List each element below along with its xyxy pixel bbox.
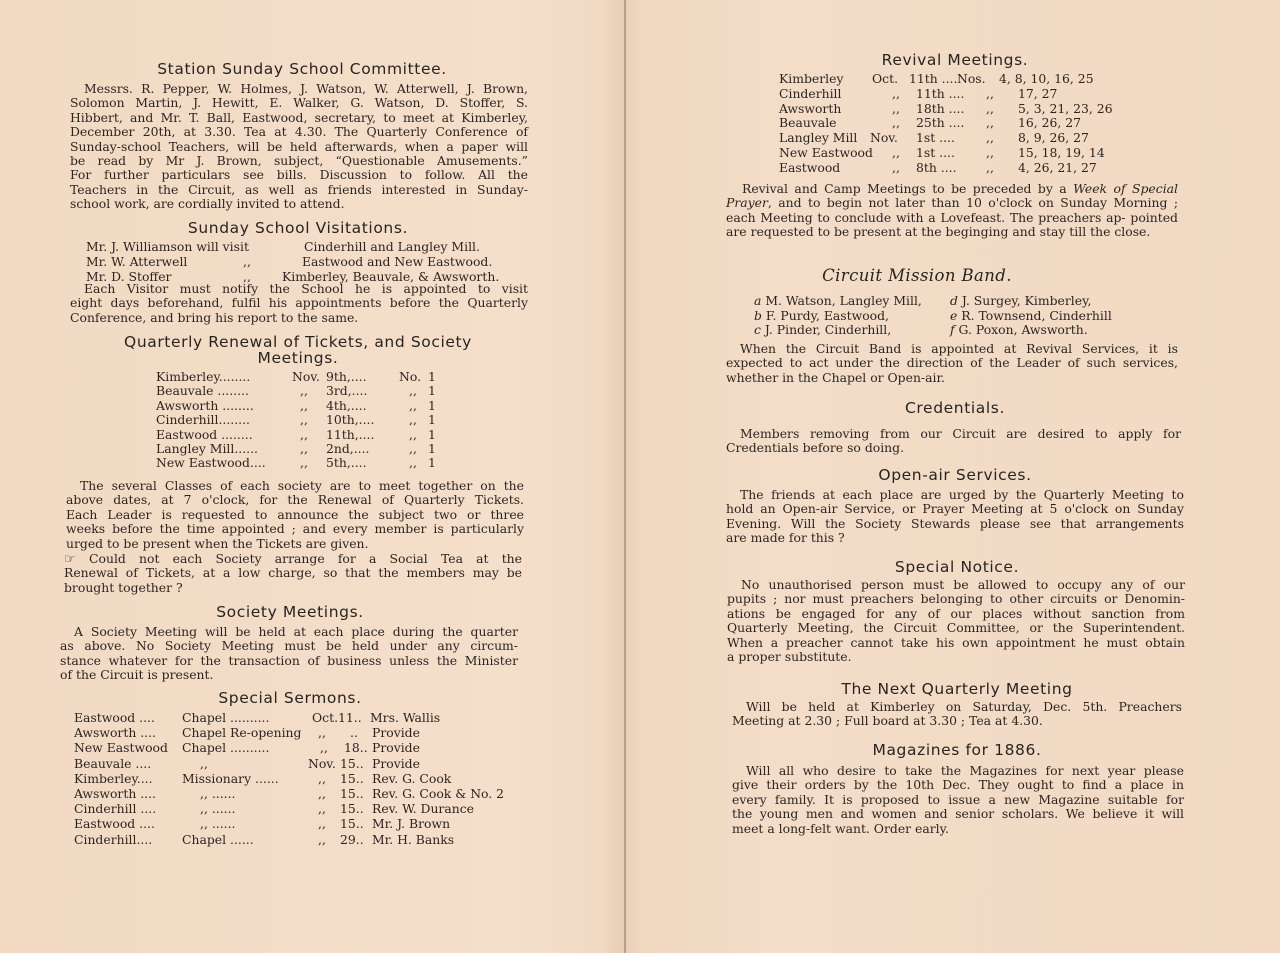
cell-place: Beauvale ........ (156, 384, 249, 399)
text-line: Will all who desire to take the Magazine… (732, 764, 1184, 778)
text-line: ations be engaged for any of our places … (727, 607, 1185, 621)
cell-no-label: ,, (409, 456, 417, 471)
cell-no-label: ,, (409, 399, 417, 414)
cell-no: 1 (428, 442, 436, 457)
special-notice-text: No unauthorised person must be allowed t… (727, 578, 1185, 664)
cell-month: Nov. (292, 370, 320, 385)
cell-preacher: Rev. G. Cook & No. 2 (372, 787, 504, 802)
cell-date: 18.. (344, 741, 368, 756)
text-line: Credentials before so doing. (726, 441, 1181, 455)
band-member: b F. Purdy, Eastwood, (754, 309, 889, 324)
cell-preacher: Mr. H. Banks (372, 833, 454, 848)
cell-place: Beauvale (779, 116, 837, 131)
station-committee-text: Messrs. R. Pepper, W. Holmes, J. Watson,… (70, 82, 528, 212)
cell-month: ,, (318, 787, 326, 802)
text-line: a proper substitute. (727, 650, 1185, 664)
band-member-letter: f (950, 322, 959, 337)
cell-month: ,, (892, 87, 900, 102)
left-page: Station Sunday School Committee. Messrs.… (0, 0, 624, 957)
cell-place: Cinderhill.... (74, 833, 152, 848)
revival-text: Revival and Camp Meetings to be preceded… (726, 182, 1178, 240)
cell-place: Kimberley (779, 72, 843, 87)
text-line: of the Circuit is present. (60, 668, 518, 682)
cell-month: ,, (300, 399, 308, 414)
cell-month: ,, (300, 413, 308, 428)
cell-nos-label: ,, (986, 87, 994, 102)
cell-occasion: Chapel ...... (182, 833, 254, 848)
cell-preacher: Mr. J. Brown (372, 817, 450, 832)
cell-place: Awsworth (779, 102, 841, 117)
cell-date: 15.. (340, 787, 364, 802)
cell-date: 5th,.... (326, 456, 367, 471)
cell-place: Awsworth ........ (156, 399, 254, 414)
cell-month: ,, (300, 428, 308, 443)
open-air-text: The friends at each place are urged by t… (726, 488, 1184, 546)
band-member-letter: e (950, 308, 961, 323)
heading-special-notice: Special Notice. (626, 558, 1280, 576)
cell-month: ,, (318, 833, 326, 848)
cell-date: 18th .... (916, 102, 964, 117)
text-line: Hibbert, and Mr. T. Ball, Eastwood, secr… (70, 111, 528, 125)
heading-mission-band: Circuit Mission Band. (626, 266, 1208, 285)
cell-month: ,, (318, 817, 326, 832)
text-line: school work, are cordially invited to at… (70, 197, 528, 211)
cell-place: Cinderhill........ (156, 413, 250, 428)
cell-no: 1 (428, 384, 436, 399)
cell-place: Eastwood (779, 161, 840, 176)
cell-place: Eastwood .... (74, 711, 155, 726)
cell-nos: 8, 9, 26, 27 (1018, 131, 1089, 146)
cell-no-label: No. (399, 370, 421, 385)
band-member: a M. Watson, Langley Mill, (754, 294, 922, 309)
band-member-letter: d (950, 293, 962, 308)
text-line: The friends at each place are urged by t… (726, 488, 1184, 502)
cell-preacher: Provide (372, 757, 420, 772)
cell-month: ,, (892, 102, 900, 117)
text-line: Evening. Will the Society Stewards pleas… (726, 517, 1184, 531)
cell-occasion: Chapel .......... (182, 741, 269, 756)
text-line: Sunday-school Teachers, will be held aft… (70, 140, 528, 154)
cell-nos: 5, 3, 21, 23, 26 (1018, 102, 1113, 117)
cell-place: Eastwood ........ (156, 428, 253, 443)
text-line: Each Visitor must notify the School he i… (70, 282, 528, 296)
heading-next-meeting: The Next Quarterly Meeting (626, 680, 1280, 698)
cell-nos: 16, 26, 27 (1018, 116, 1081, 131)
renewal-text: The several Classes of each society are … (66, 479, 524, 551)
band-member-letter: c (754, 322, 765, 337)
heading-visitations: Sunday School Visitations. (0, 219, 596, 237)
social-tea-text: ☞ Could not each Society arrange for a S… (64, 552, 522, 595)
cell-month: Nov. (870, 131, 898, 146)
cell-name: Mr. W. Atterwell (86, 255, 187, 270)
text-line: Renewal of Tickets, at a low charge, so … (64, 566, 522, 580)
text-line: The several Classes of each society are … (66, 479, 524, 493)
magazines-text: Will all who desire to take the Magazine… (732, 764, 1184, 836)
right-page: Revival Meetings. KimberleyOct.11th ....… (626, 0, 1280, 957)
cell-date: 15.. (340, 772, 364, 787)
cell-nos-label: Nos. (957, 72, 986, 87)
cell-date: 3rd,.... (326, 384, 367, 399)
band-member: e R. Townsend, Cinderhill (950, 309, 1112, 324)
text-line: Teachers in the Circuit, as well as frie… (70, 183, 528, 197)
cell-place: Awsworth .... (74, 787, 156, 802)
cell-no: 1 (428, 413, 436, 428)
cell-date: 11th .... (909, 72, 957, 87)
text-line: Messrs. R. Pepper, W. Holmes, J. Watson,… (70, 82, 528, 96)
text-line: expected to act under the direction of t… (726, 356, 1178, 370)
cell-place: New Eastwood (74, 741, 168, 756)
text-line: Solomon Martin, J. Hewitt, E. Walker, G.… (70, 96, 528, 110)
cell-place: Kimberley.... (74, 772, 153, 787)
text-line: Members removing from our Circuit are de… (726, 427, 1181, 441)
text-line: No unauthorised person must be allowed t… (727, 578, 1185, 592)
cell-occasion: ,, (200, 757, 208, 772)
cell-no-label: ,, (409, 442, 417, 457)
cell-place: New Eastwood (779, 146, 873, 161)
text-line: urged to be present when the Tickets are… (66, 537, 524, 551)
cell-places: Cinderhill and Langley Mill. (304, 240, 480, 255)
text-line: give their orders by the 10th Dec. They … (732, 778, 1184, 792)
cell-month: Oct. (312, 711, 338, 726)
heading-revival-meetings: Revival Meetings. (626, 51, 1280, 69)
cell-month: Oct. (872, 72, 898, 87)
cell-month: ,, (300, 384, 308, 399)
cell-preacher: Rev. W. Durance (372, 802, 474, 817)
next-meeting-text: Will be held at Kimberley on Saturday, D… (732, 700, 1182, 729)
cell-place: Awsworth .... (74, 726, 156, 741)
band-member: d J. Surgey, Kimberley, (950, 294, 1091, 309)
text-line: brought together ? (64, 581, 522, 595)
heading-station-committee: Station Sunday School Committee. (0, 60, 604, 78)
text-line: ☞ Could not each Society arrange for a S… (64, 552, 522, 566)
cell-place: Langley Mill...... (156, 442, 258, 457)
cell-place: Cinderhill .... (74, 802, 156, 817)
cell-date: 1st .... (916, 146, 955, 161)
band-member: f G. Poxon, Awsworth. (950, 323, 1088, 338)
text-line: A Society Meeting will be held at each p… (60, 625, 518, 639)
cell-nos-label: ,, (986, 102, 994, 117)
cell-no: 1 (428, 428, 436, 443)
cell-place: New Eastwood.... (156, 456, 266, 471)
cell-date: 1st .... (916, 131, 955, 146)
text-line: Each Leader is requested to announce the… (66, 508, 524, 522)
band-member-letter: b (754, 308, 766, 323)
cell-nos: 17, 27 (1018, 87, 1057, 102)
cell-place: Cinderhill (779, 87, 841, 102)
cell-occasion: Missionary ...... (182, 772, 279, 787)
cell-no: 1 (428, 399, 436, 414)
band-member-letter: a (754, 293, 765, 308)
text-line: For further particulars see bills. Discu… (70, 168, 528, 182)
cell-no-label: ,, (409, 384, 417, 399)
cell-date: 11.. (338, 711, 362, 726)
cell-date: 11th,.... (326, 428, 374, 443)
cell-preacher: Provide (372, 726, 420, 741)
cell-place: Langley Mill (779, 131, 857, 146)
cell-date: 8th .... (916, 161, 957, 176)
cell-occasion: ,, ...... (200, 787, 235, 802)
cell-nos: 15, 18, 19, 14 (1018, 146, 1105, 161)
cell-ditto: ,, (243, 255, 251, 270)
cell-date: 9th,.... (326, 370, 367, 385)
text-line: as above. No Society Meeting must be hel… (60, 639, 518, 653)
cell-place: Kimberley........ (156, 370, 250, 385)
cell-nos: 4, 8, 10, 16, 25 (999, 72, 1094, 87)
cell-nos-label: ,, (986, 161, 994, 176)
cell-month: ,, (892, 146, 900, 161)
cell-place: Beauvale .... (74, 757, 151, 772)
text-line: above dates, at 7 o'clock, for the Renew… (66, 493, 524, 507)
heading-credentials: Credentials. (626, 399, 1280, 417)
cell-no: 1 (428, 370, 436, 385)
text-line: every family. It is proposed to issue a … (732, 793, 1184, 807)
cell-date: 29.. (340, 833, 364, 848)
text-line: meet a long-felt want. Order early. (732, 822, 1184, 836)
cell-month: ,, (892, 161, 900, 176)
text-line: be read by Mr J. Brown, subject, “Questi… (70, 154, 528, 168)
cell-date: 15.. (340, 802, 364, 817)
text-line: When a preacher cannot take his own appo… (727, 636, 1185, 650)
cell-month: ,, (300, 456, 308, 471)
cell-nos: 4, 26, 21, 27 (1018, 161, 1097, 176)
cell-no: 1 (428, 456, 436, 471)
cell-occasion: Chapel .......... (182, 711, 269, 726)
cell-month: ,, (300, 442, 308, 457)
cell-month: ,, (318, 802, 326, 817)
cell-month: ,, (318, 726, 326, 741)
cell-date: 15.. (340, 757, 364, 772)
heading-magazines: Magazines for 1886. (626, 741, 1280, 759)
text-line: the young men and women and senior schol… (732, 807, 1184, 821)
cell-month: ,, (318, 772, 326, 787)
cell-no-label: ,, (409, 413, 417, 428)
band-member: c J. Pinder, Cinderhill, (754, 323, 891, 338)
cell-preacher: Mrs. Wallis (370, 711, 440, 726)
cell-occasion: ,, ...... (200, 802, 235, 817)
mission-band-text: When the Circuit Band is appointed at Re… (726, 342, 1178, 385)
text-line: December 20th, at 3.30. Tea at 4.30. The… (70, 125, 528, 139)
visitations-text: Each Visitor must notify the School he i… (70, 282, 528, 325)
text-line: stance whatever for the transaction of b… (60, 654, 518, 668)
cell-month: ,, (892, 116, 900, 131)
cell-date: 4th,.... (326, 399, 367, 414)
text-line: Quarterly Meeting, the Circuit Committee… (727, 621, 1185, 635)
heading-special-sermons: Special Sermons. (0, 689, 580, 707)
cell-nos-label: ,, (986, 146, 994, 161)
cell-date: 10th,.... (326, 413, 374, 428)
cell-occasion: ,, ...... (200, 817, 235, 832)
cell-date: 2nd,.... (326, 442, 370, 457)
heading-society-meetings: Society Meetings. (0, 603, 580, 621)
heading-open-air: Open-air Services. (626, 466, 1280, 484)
text-line: pupits ; nor must preachers belonging to… (727, 592, 1185, 606)
text-line: Conference, and bring his report to the … (70, 311, 528, 325)
cell-nos-label: ,, (986, 131, 994, 146)
cell-name: Mr. J. Williamson will visit (86, 240, 249, 255)
cell-date: 11th .... (916, 87, 964, 102)
heading-renewal-line2: Meetings. (0, 349, 596, 367)
text-line: When the Circuit Band is appointed at Re… (726, 342, 1178, 356)
text-line: are made for this ? (726, 531, 1184, 545)
text-line: weeks before the time appointed ; and ev… (66, 522, 524, 536)
cell-preacher: Provide (372, 741, 420, 756)
cell-occasion: Chapel Re-opening (182, 726, 301, 741)
text-line: Will be held at Kimberley on Saturday, D… (732, 700, 1182, 714)
credentials-text: Members removing from our Circuit are de… (726, 427, 1181, 456)
cell-date: 25th .... (916, 116, 964, 131)
society-meetings-text: A Society Meeting will be held at each p… (60, 625, 518, 683)
text-line: Meeting at 2.30 ; Full board at 3.30 ; T… (732, 714, 1182, 728)
cell-date: 15.. (340, 817, 364, 832)
cell-places: Eastwood and New Eastwood. (302, 255, 492, 270)
cell-no-label: ,, (409, 428, 417, 443)
text-line: eight days beforehand, fulfil his appoin… (70, 296, 528, 310)
cell-place: Eastwood .... (74, 817, 155, 832)
cell-nos-label: ,, (986, 116, 994, 131)
text-line: whether in the Chapel or Open-air. (726, 371, 1178, 385)
cell-month: Nov. (308, 757, 336, 772)
cell-date: .. (350, 726, 358, 741)
cell-preacher: Rev. G. Cook (372, 772, 451, 787)
text-line: hold an Open-air Service, or Prayer Meet… (726, 502, 1184, 516)
cell-month: ,, (320, 741, 328, 756)
